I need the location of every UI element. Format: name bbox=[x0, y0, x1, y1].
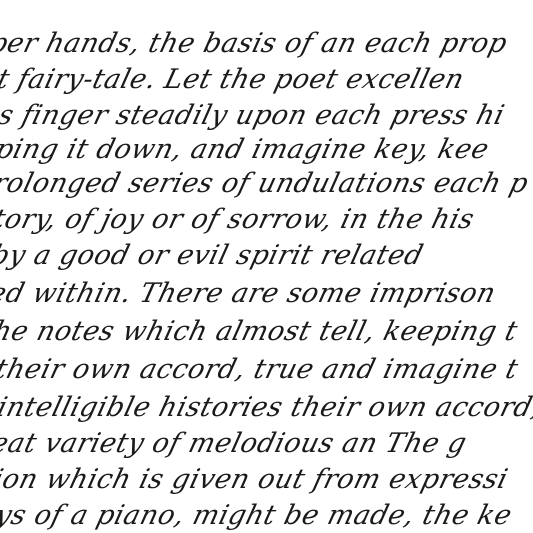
script-line: intelligible histories their own accord, bbox=[0, 392, 533, 423]
handwritten-script-texture: per hands, the basis of an each prop t f… bbox=[0, 0, 533, 533]
script-line: by a good or evil spirit related bbox=[0, 240, 427, 271]
script-line: their own accord, true and imagine t bbox=[0, 354, 521, 385]
script-line: ion which is given out from expressi bbox=[0, 464, 511, 495]
script-line: tory, of joy or of sorrow, in the his bbox=[0, 204, 477, 235]
script-line: rolonged series of undulations each p bbox=[0, 168, 532, 199]
script-line: eat variety of melodious an The g bbox=[0, 428, 470, 459]
script-line: ed within. There are some imprison bbox=[0, 278, 499, 309]
script-line: per hands, the basis of an each prop bbox=[0, 28, 511, 59]
script-line: he notes which almost tell, keeping t bbox=[0, 316, 521, 347]
script-line: is finger steadily upon each press hi bbox=[0, 100, 508, 131]
script-line: ping it down, and imagine key, kee bbox=[0, 134, 492, 165]
script-line: ys of a piano, might be made, the ke bbox=[0, 500, 515, 531]
script-line: t fairy-tale. Let the poet excellen bbox=[0, 64, 467, 95]
